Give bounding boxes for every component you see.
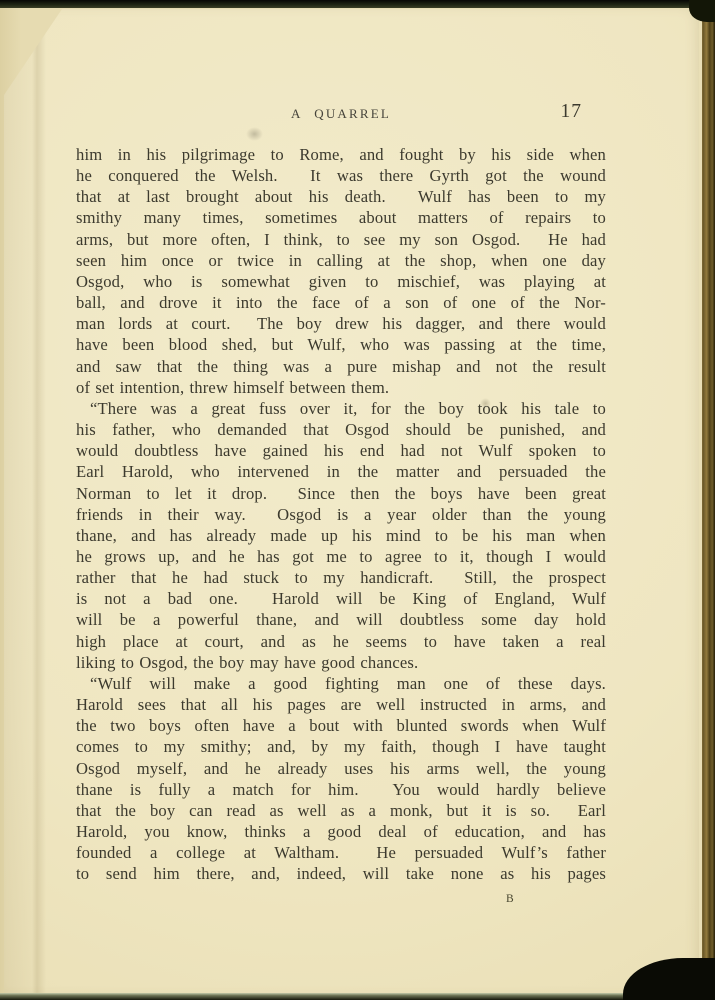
page-bottom-edge-shadow	[0, 993, 715, 1000]
text-line: that the boy can read as well as a monk,…	[76, 800, 606, 821]
text-line: Osgod, who is somewhat given to mischief…	[76, 271, 606, 292]
text-line: comes to my smithy; and, by my faith, th…	[76, 736, 606, 757]
text-line: thane, and has already made up his mind …	[76, 525, 606, 546]
running-head: A QUARREL 17	[76, 102, 606, 126]
text-line: “There was a great fuss over it, for the…	[76, 398, 606, 419]
text-line: is not a bad one. Harold will be King of…	[76, 588, 606, 609]
text-line: rather that he had stuck to my handicraf…	[76, 567, 606, 588]
text-line: have been blood shed, but Wulf, who was …	[76, 334, 606, 355]
page-top-edge-shadow	[0, 0, 715, 8]
text-line: and saw that the thing was a pure mishap…	[76, 356, 606, 377]
text-line: his father, who demanded that Osgod shou…	[76, 419, 606, 440]
text-line: Harold sees that all his pages are well …	[76, 694, 606, 715]
printer-signature-mark: B	[76, 889, 606, 910]
text-line: Harold, you know, thinks a good deal of …	[76, 821, 606, 842]
paragraph: “There was a great fuss over it, for the…	[76, 398, 606, 673]
text-line: the two boys often have a bout with blun…	[76, 715, 606, 736]
text-line: to send him there, and, indeed, will tak…	[76, 863, 606, 884]
page-text: him in his pilgrimage to Rome, and fough…	[76, 144, 606, 911]
text-line: “Wulf will make a good fighting man one …	[76, 673, 606, 694]
text-line: Norman to let it drop. Since then the bo…	[76, 483, 606, 504]
text-line: Earl Harold, who intervened in the matte…	[76, 461, 606, 482]
text-line: man lords at court. The boy drew his dag…	[76, 313, 606, 334]
paragraph: him in his pilgrimage to Rome, and fough…	[76, 144, 606, 398]
text-line: arms, but more often, I think, to see my…	[76, 229, 606, 250]
text-line: liking to Osgod, the boy may have good c…	[76, 652, 606, 673]
text-line: Osgod myself, and he already uses his ar…	[76, 758, 606, 779]
text-line: seen him once or twice in calling at the…	[76, 250, 606, 271]
text-line: that at last brought about his death. Wu…	[76, 186, 606, 207]
text-line: he conquered the Welsh. It was there Gyr…	[76, 165, 606, 186]
running-head-title: A QUARREL	[76, 102, 606, 122]
text-line: of set intention, threw himself between …	[76, 377, 606, 398]
text-line: high place at court, and as he seems to …	[76, 631, 606, 652]
text-line: friends in their way. Osgod is a year ol…	[76, 504, 606, 525]
text-line: ball, and drove it into the face of a so…	[76, 292, 606, 313]
book-page-scan: A QUARREL 17 him in his pilgrimage to Ro…	[0, 0, 715, 1000]
text-line: will be a powerful thane, and will doubt…	[76, 609, 606, 630]
text-line: smithy many times, sometimes about matte…	[76, 207, 606, 228]
text-line: he grows up, and he has got me to agree …	[76, 546, 606, 567]
paper-smudge	[246, 127, 263, 141]
text-line: thane is fully a match for him. You woul…	[76, 779, 606, 800]
paragraph: “Wulf will make a good fighting man one …	[76, 673, 606, 885]
text-line: would doubtless have gained his end had …	[76, 440, 606, 461]
text-line: founded a college at Waltham. He persuad…	[76, 842, 606, 863]
page-number: 17	[561, 101, 583, 123]
text-line: him in his pilgrimage to Rome, and fough…	[76, 144, 606, 165]
